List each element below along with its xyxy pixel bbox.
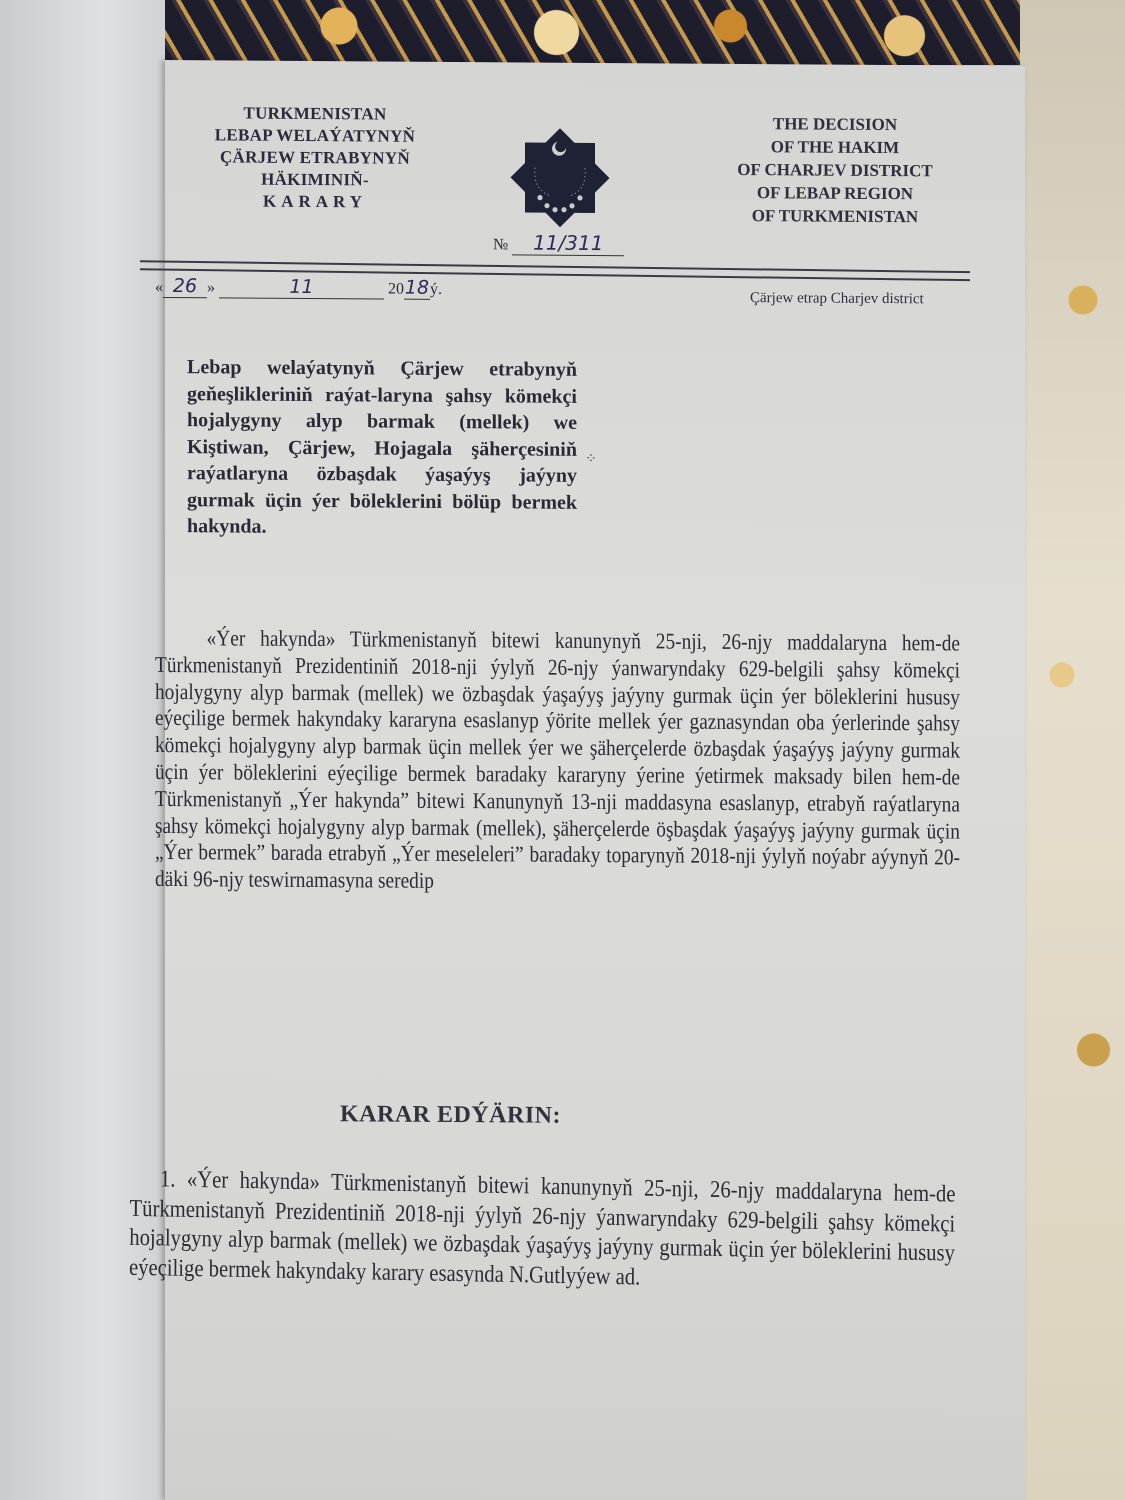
document-page: TURKMENISTAN LEBAP WELAÝATYNYŇ ÇÄRJEW ET… <box>165 60 1025 1500</box>
document-number: № 11/311 <box>493 230 624 256</box>
background-cloth <box>1020 0 1125 1500</box>
decision-date: «26» 11 2018ý. <box>155 275 442 300</box>
header-line: KARARY <box>175 190 455 214</box>
preamble-paragraph: «Ýer hakynda» Türkmenistanyň bitewi kanu… <box>155 625 960 899</box>
header-line: OF THE HAKIM <box>705 135 965 160</box>
header-line: OF LEBAP REGION <box>705 181 965 206</box>
header-line: ÇÄRJEW ETRABYNYŇ <box>175 146 455 170</box>
year-suffix: 18 <box>404 277 430 300</box>
header-turkmen: TURKMENISTAN LEBAP WELAÝATYNYŇ ÇÄRJEW ET… <box>175 102 455 214</box>
decree-item-1: 1. «Ýer hakynda» Türkmenistanyň bitewi k… <box>129 1165 956 1299</box>
date-day: 26 <box>163 275 207 298</box>
ink-speck: ⁘ <box>585 451 597 468</box>
number-value: 11/311 <box>512 230 624 256</box>
header-line: OF CHARJEV DISTRICT <box>705 158 965 183</box>
header-line: LEBAP WELAÝATYNYŇ <box>175 124 455 148</box>
header-english: THE DECISION OF THE HAKIM OF CHARJEV DIS… <box>705 112 965 229</box>
number-label: № <box>493 236 508 253</box>
quote-open: « <box>155 279 163 296</box>
header-line: TURKMENISTAN <box>175 102 455 126</box>
header-line: OF TURKMENISTAN <box>705 204 965 229</box>
quote-close: » <box>207 279 215 296</box>
background-fabric <box>165 0 1035 65</box>
year-mark: ý. <box>430 281 442 298</box>
place-of-issue: Çärjew etrap Charjev district <box>750 290 924 308</box>
header-line: THE DECISION <box>705 112 965 137</box>
decision-subject: Lebap welaýatynyň Çärjew etrabynyň geňeş… <box>187 354 577 542</box>
header-line: HÄKIMININ̆- <box>175 168 455 192</box>
eight-point-star-emblem-icon <box>500 117 620 238</box>
year-prefix: 20 <box>388 281 404 298</box>
decree-heading: KARAR EDÝÄRIN: <box>340 1101 561 1130</box>
date-month: 11 <box>219 275 384 299</box>
